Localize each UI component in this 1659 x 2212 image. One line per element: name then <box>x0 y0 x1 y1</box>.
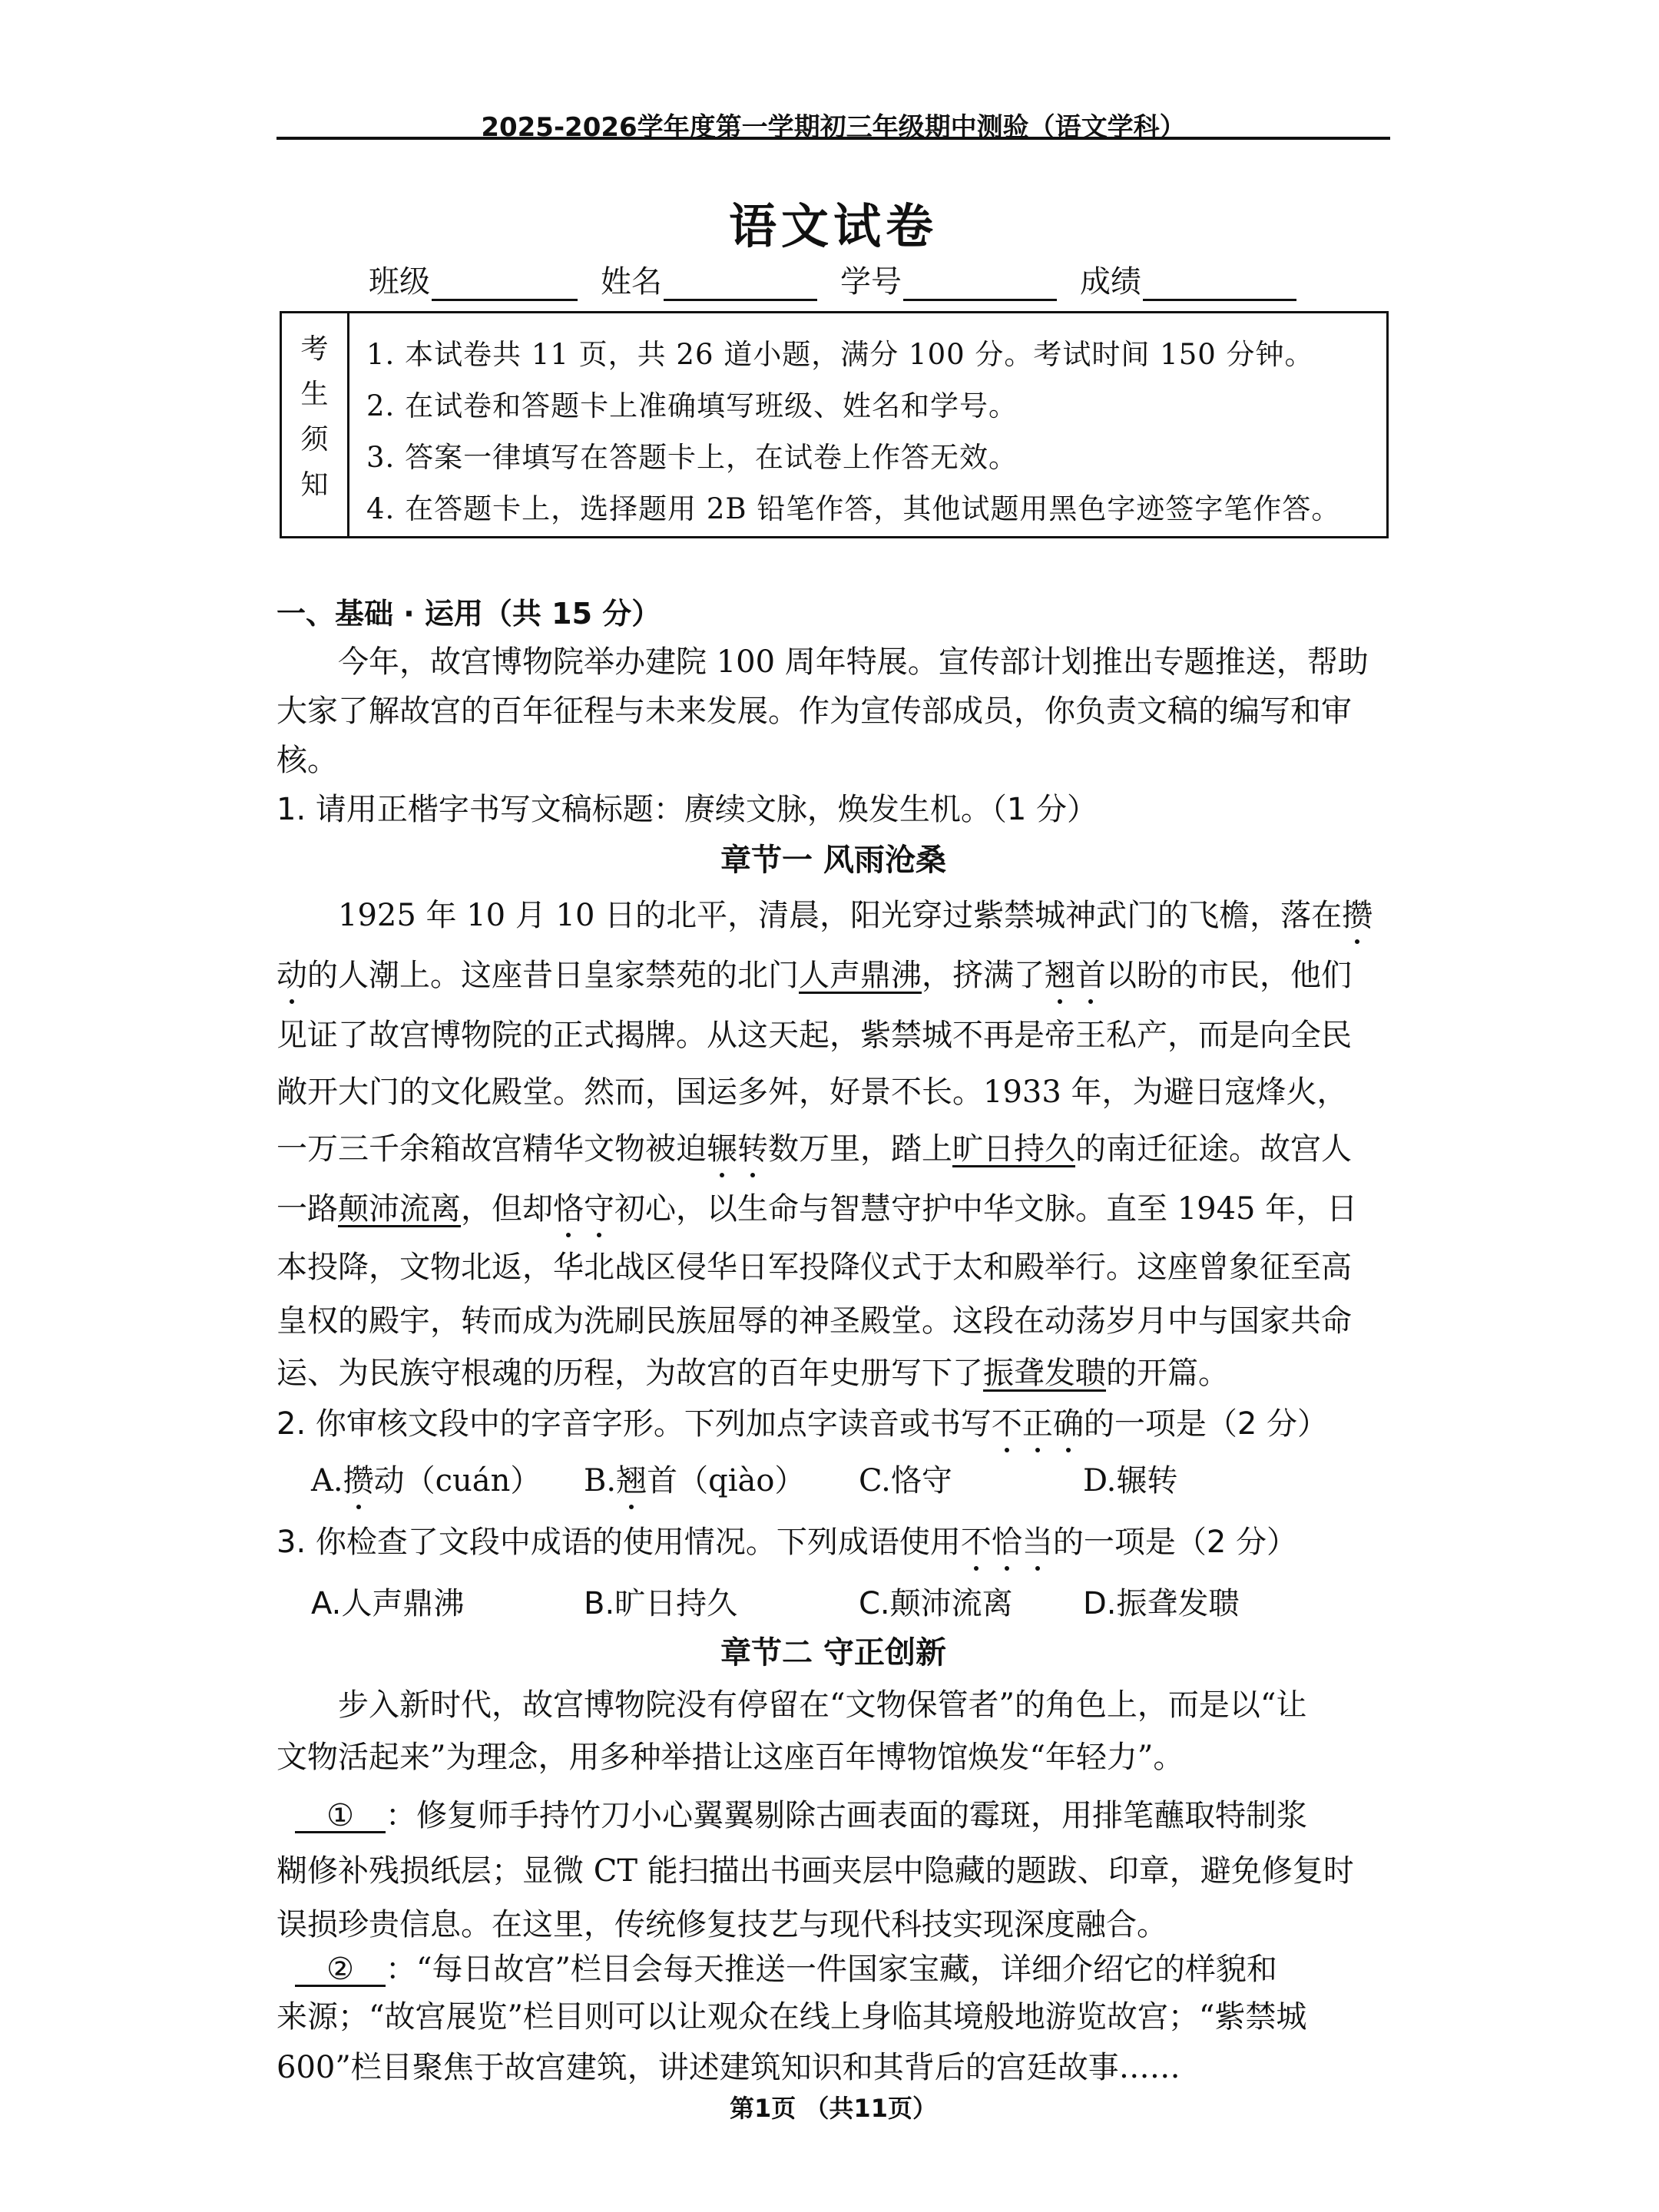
notice-items: 1. 本试卷共 11 页，共 26 道小题，满分 100 分。考试时间 150 … <box>349 313 1386 536</box>
passage-text: 初心，以生命与智慧守护中华文脉。直至 1945 年，日 <box>614 1191 1357 1227</box>
intro-line: 今年，故宫博物院举办建院 100 周年特展。宣传部计划推出专题推送，帮助 <box>338 637 1369 681</box>
notice-item: 3. 答案一律填写在答题卡上，在试卷上作答无效。 <box>366 432 1386 483</box>
dotted-char: 翘 <box>1045 951 1075 995</box>
passage-text: 1925 年 10 月 10 日的北平，清晨，阳光穿过紫禁城神武门的飞檐，落在 <box>338 898 1342 933</box>
student-id-blank[interactable] <box>903 268 1057 301</box>
option-text: 动（cuán） <box>374 1463 541 1498</box>
passage-line: ①：修复师手持竹刀小心翼翼剔除古画表面的霉斑，用排笔蘸取特制浆 <box>295 1791 1307 1835</box>
passage-line: 来源；“故宫展览”栏目则可以让观众在线上身临其境般地游览故宫；“紫禁城 <box>276 1992 1306 2036</box>
intro-line: 核。 <box>276 736 338 780</box>
passage-text: 运、为民族守根魂的历程，为故宫的百年史册写下了 <box>276 1356 983 1391</box>
option-text: 颠沛流离 <box>890 1586 1013 1621</box>
option-text: 恪守 <box>891 1463 952 1498</box>
question-3-stem: 3. 你检查了文段中成语的使用情况。下列成语使用不恰当的一项是（2 分） <box>276 1518 1297 1561</box>
dotted-char: 翘 <box>616 1456 647 1500</box>
passage-line: 敞开大门的文化殿堂。然而，国运多舛，好景不长。1933 年，为避日寇烽火， <box>276 1068 1348 1111</box>
passage-text: 数万里，踏上 <box>768 1131 952 1167</box>
notice-item: 4. 在答题卡上，选择题用 2B 铅笔作答，其他试题用黑色字迹签字笔作答。 <box>366 483 1386 535</box>
dotted-char: 不 <box>992 1399 1022 1443</box>
option-text: 人声鼎沸 <box>341 1586 464 1621</box>
q2-option-d[interactable]: D.辗转 <box>1083 1456 1177 1500</box>
score-blank[interactable] <box>1143 268 1296 301</box>
passage-line: 见证了故宫博物院的正式揭牌。从这天起，紫禁城不再是帝王私产，而是向全民 <box>276 1011 1352 1055</box>
passage-line: 本投降，文物北返，华北战区侵华日军投降仪式于太和殿举行。这座曾象征至高 <box>276 1243 1352 1286</box>
dotted-char: 不 <box>961 1518 992 1561</box>
passage-text: ：“每日故宫”栏目会每天推送一件国家宝藏，详细介绍它的样貌和 <box>386 1952 1277 1987</box>
passage-line: 误损珍贵信息。在这里，传统修复技艺与现代科技实现深度融合。 <box>276 1900 1167 1944</box>
passage-line: 皇权的殿宇，转而成为洗刷民族屈辱的神圣殿堂。这段在动荡岁月中与国家共命 <box>276 1296 1352 1340</box>
class-field[interactable]: 班级 <box>369 257 578 301</box>
passage-text: 的南迁征途。故宫人 <box>1075 1131 1352 1167</box>
passage-line: 一路颠沛流离，但却恪守初心，以生命与智慧守护中华文脉。直至 1945 年，日 <box>276 1184 1357 1228</box>
chapter-1-title: 章节一 风雨沧桑 <box>276 836 1390 879</box>
q3-option-b[interactable]: B.旷日持久 <box>584 1579 737 1623</box>
option-letter: D. <box>1083 1463 1116 1498</box>
q3-option-a[interactable]: A.人声鼎沸 <box>311 1579 464 1623</box>
option-letter: B. <box>584 1463 616 1498</box>
page-indicator: 第1页 （共11页） <box>276 2089 1390 2124</box>
option-letter: D. <box>1083 1586 1117 1621</box>
underlined-idiom: 人声鼎沸 <box>799 958 922 993</box>
paper-title: 语文试卷 <box>276 188 1390 257</box>
notice-label-char: 生 <box>300 373 328 412</box>
notice-label-char: 考 <box>300 327 328 366</box>
q2-option-b[interactable]: B.翘首（qiào） <box>584 1456 805 1500</box>
score-field[interactable]: 成绩 <box>1080 257 1296 301</box>
notice-item: 2. 在试卷和答题卡上准确填写班级、姓名和学号。 <box>366 380 1386 432</box>
passage-text: 以盼的市民，他们 <box>1106 958 1352 993</box>
question-text: 3. 你检查了文段中成语的使用情况。下列成语使用 <box>276 1525 961 1560</box>
q3-option-c[interactable]: C.颠沛流离 <box>859 1579 1013 1623</box>
student-id-label: 学号 <box>840 257 902 301</box>
dotted-char: 恰 <box>992 1518 1022 1561</box>
header-divider <box>276 137 1390 140</box>
question-text: 的一项是（2 分） <box>1084 1406 1328 1442</box>
underlined-idiom: 旷日持久 <box>952 1131 1075 1167</box>
notice-item: 1. 本试卷共 11 页，共 26 道小题，满分 100 分。考试时间 150 … <box>366 329 1386 380</box>
passage-line: ②：“每日故宫”栏目会每天推送一件国家宝藏，详细介绍它的样貌和 <box>295 1945 1277 1988</box>
dotted-char: 转 <box>737 1124 768 1168</box>
name-label: 姓名 <box>601 257 662 301</box>
dotted-char: 确 <box>1053 1399 1084 1443</box>
passage-line: 运、为民族守根魂的历程，为故宫的百年史册写下了振聋发聩的开篇。 <box>276 1349 1229 1392</box>
intro-line: 大家了解故宫的百年征程与未来发展。作为宣传部成员，你负责文稿的编写和审 <box>276 687 1352 730</box>
student-id-field[interactable]: 学号 <box>840 257 1057 301</box>
passage-text: 的人潮上。这座昔日皇家禁苑的北门 <box>307 958 799 993</box>
option-letter: B. <box>584 1586 614 1621</box>
passage-line: 糊修补残损纸层；显微 CT 能扫描出书画夹层中隐藏的题跋、印章，避免修复时 <box>276 1846 1354 1890</box>
option-text: 辗转 <box>1116 1463 1177 1498</box>
passage-line: 600”栏目聚焦于故宫建筑，讲述建筑知识和其背后的宫廷故事…… <box>276 2043 1181 2087</box>
name-blank[interactable] <box>664 268 817 301</box>
notice-label-char: 须 <box>300 418 328 457</box>
question-text: 的一项是（2 分） <box>1053 1525 1297 1560</box>
option-text: 旷日持久 <box>614 1586 737 1621</box>
passage-text: ，但却 <box>461 1191 553 1227</box>
chapter-2-title: 章节二 守正创新 <box>276 1628 1390 1672</box>
answer-blank-2[interactable]: ② <box>295 1954 386 1987</box>
question-text: 2. 你审核文段中的字音字形。下列加点字读音或书写 <box>276 1406 992 1442</box>
option-letter: C. <box>859 1463 891 1498</box>
notice-label: 考 生 须 知 <box>282 313 349 536</box>
passage-text: ，挤满了 <box>922 958 1045 993</box>
q2-option-c[interactable]: C.恪守 <box>859 1456 952 1500</box>
answer-blank-1[interactable]: ① <box>295 1800 386 1833</box>
passage-line: 一万三千余箱故宫精华文物被迫辗转数万里，踏上旷日持久的南迁征途。故宫人 <box>276 1124 1352 1168</box>
question-1: 1. 请用正楷字书写文稿标题：赓续文脉，焕发生机。（1 分） <box>276 785 1098 829</box>
dotted-char: 辗 <box>707 1124 737 1168</box>
dotted-char: 攒 <box>343 1456 374 1500</box>
question-2-stem: 2. 你审核文段中的字音字形。下列加点字读音或书写不正确的一项是（2 分） <box>276 1399 1328 1443</box>
passage-line: 动的人潮上。这座昔日皇家禁苑的北门人声鼎沸，挤满了翘首以盼的市民，他们 <box>276 951 1352 995</box>
option-letter: A. <box>311 1463 343 1498</box>
passage-text: ：修复师手持竹刀小心翼翼剔除古画表面的霉斑，用排笔蘸取特制浆 <box>386 1798 1307 1833</box>
passage-line: 1925 年 10 月 10 日的北平，清晨，阳光穿过紫禁城神武门的飞檐，落在攒 <box>338 891 1373 935</box>
dotted-char: 当 <box>1022 1518 1053 1561</box>
passage-text: 一路 <box>276 1191 338 1227</box>
option-text: 首（qiào） <box>647 1463 805 1498</box>
student-info-row: 班级 姓名 学号 成绩 <box>369 257 1320 301</box>
dotted-char: 正 <box>1022 1399 1053 1443</box>
class-label: 班级 <box>369 257 430 301</box>
dotted-char: 恪 <box>553 1184 584 1228</box>
q2-option-a[interactable]: A.攒动（cuán） <box>311 1456 541 1500</box>
dotted-char: 首 <box>1075 951 1106 995</box>
section-heading: 一、基础 · 运用（共 15 分） <box>276 590 661 632</box>
notice-label-char: 知 <box>300 463 328 502</box>
q3-option-d[interactable]: D.振聋发聩 <box>1083 1579 1240 1623</box>
exam-notice-box: 考 生 须 知 1. 本试卷共 11 页，共 26 道小题，满分 100 分。考… <box>280 311 1389 538</box>
option-letter: A. <box>311 1586 341 1621</box>
option-letter: C. <box>859 1586 890 1621</box>
passage-line: 步入新时代，故宫博物院没有停留在“文物保管者”的角色上，而是以“让 <box>338 1681 1306 1724</box>
underlined-idiom: 颠沛流离 <box>338 1191 461 1227</box>
option-text: 振聋发聩 <box>1117 1586 1240 1621</box>
passage-text: 的开篇。 <box>1106 1356 1229 1391</box>
class-blank[interactable] <box>432 268 578 301</box>
dotted-char: 攒 <box>1342 891 1373 935</box>
underlined-idiom: 振聋发聩 <box>983 1356 1106 1391</box>
passage-line: 文物活起来”为理念，用多种举措让这座百年博物馆焕发“年轻力”。 <box>276 1733 1184 1777</box>
name-field[interactable]: 姓名 <box>601 257 817 301</box>
passage-text: 一万三千余箱故宫精华文物被迫 <box>276 1131 707 1167</box>
score-label: 成绩 <box>1080 257 1141 301</box>
dotted-char: 守 <box>584 1184 614 1228</box>
dotted-char: 动 <box>276 951 307 995</box>
